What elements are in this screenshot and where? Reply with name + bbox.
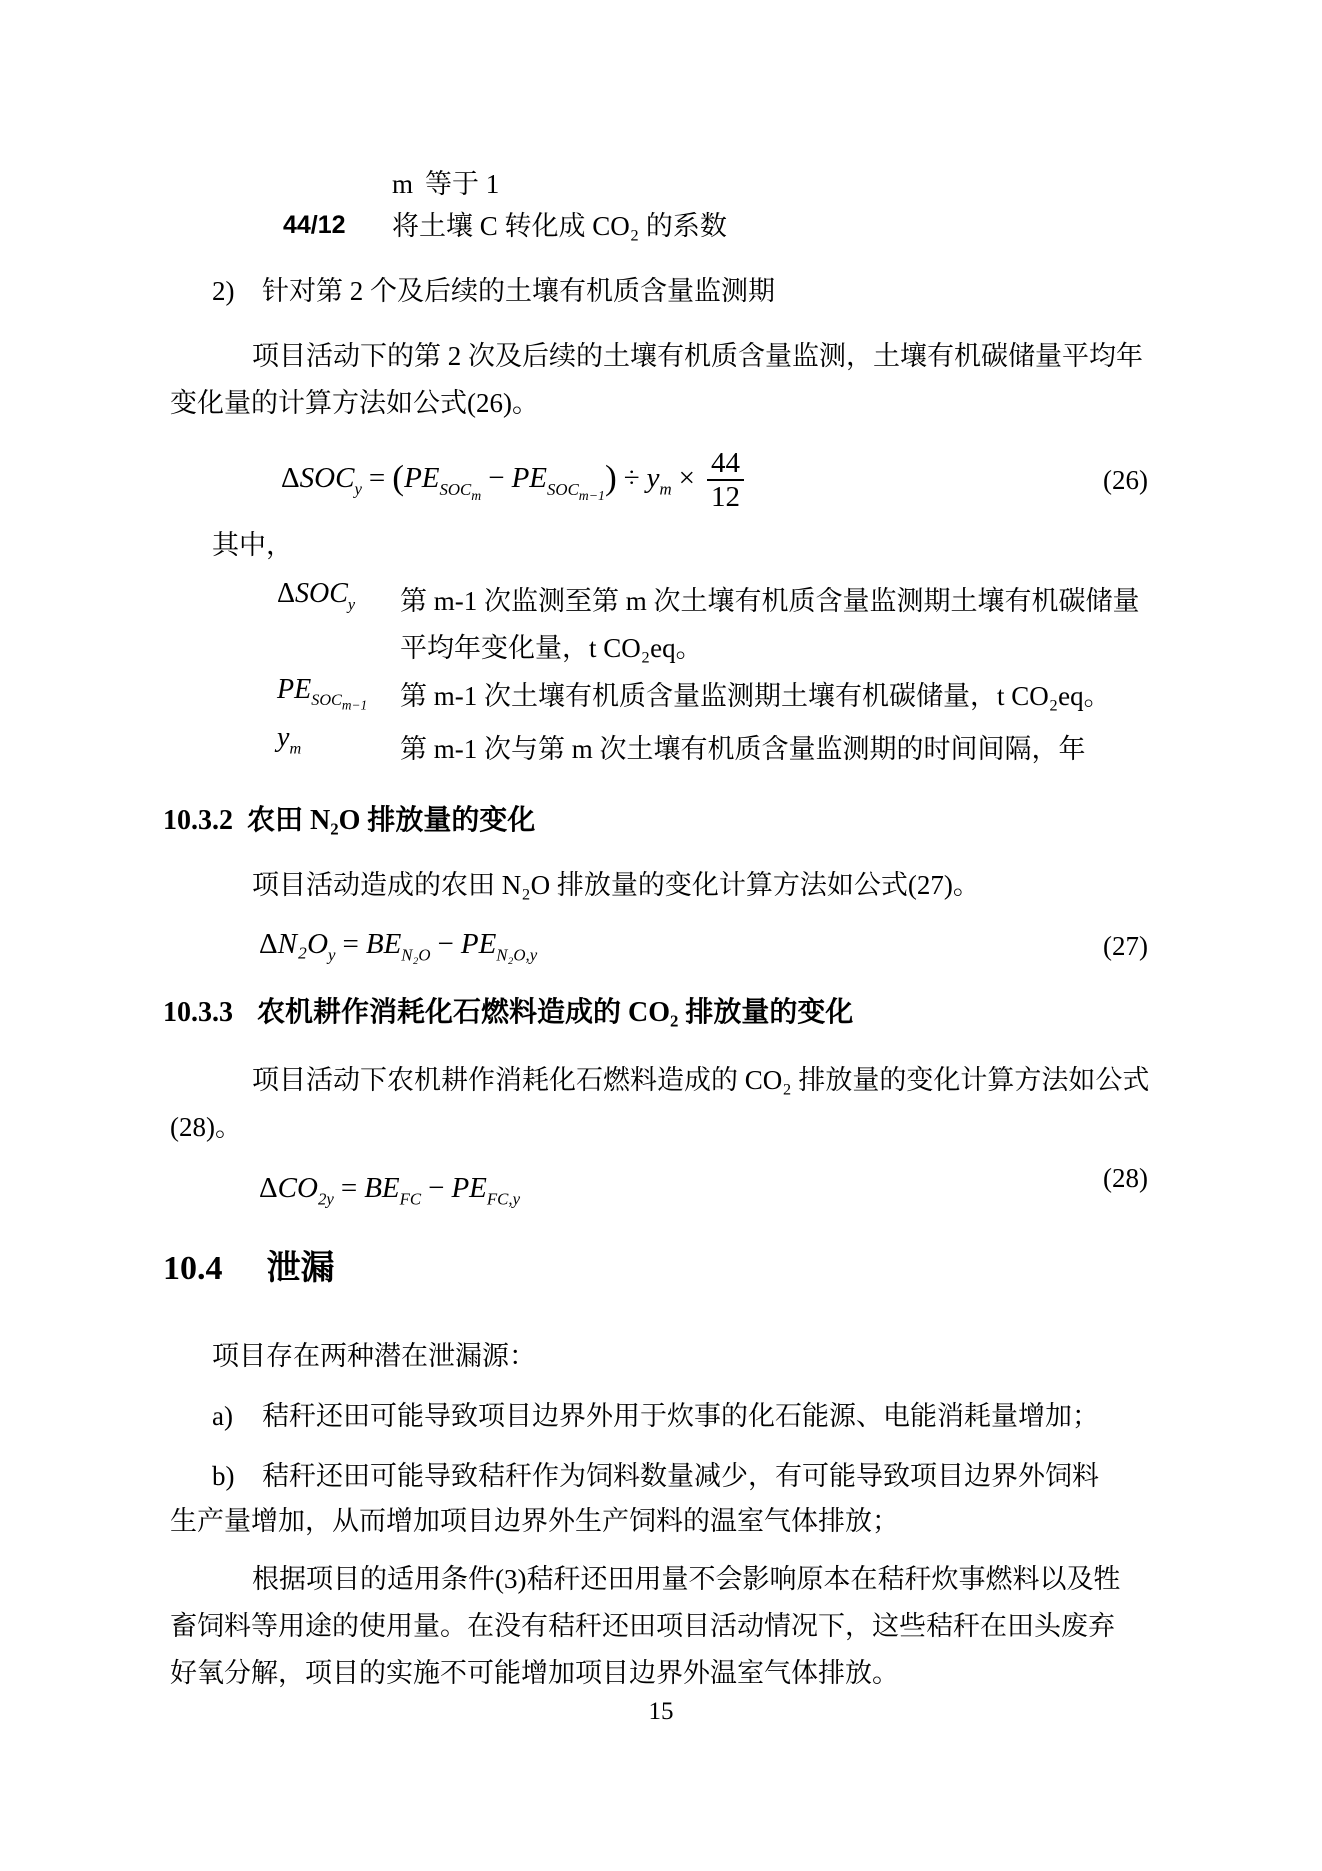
param-line-m: m等于 1 xyxy=(392,166,499,202)
eq26-term1-base: PE xyxy=(404,462,439,494)
def-ym-line1: 第 m-1 次与第 m 次土壤有机质含量监测期的时间间隔，年 xyxy=(400,731,1086,767)
def-soc-line1: 第 m-1 次监测至第 m 次土壤有机质含量监测期土壤有机碳储量 xyxy=(400,583,1140,619)
eq27-lhs-base: N₂O xyxy=(278,928,328,960)
param-ratio-def: 将土壤 C 转化成 CO₂ 的系数 xyxy=(392,208,727,244)
eq28-delta: Δ xyxy=(259,1172,278,1204)
list-item-2: 2)针对第 2 个及后续的土壤有机质含量监测期 xyxy=(212,273,775,309)
equation-27: ΔN₂Oy=BEN₂O−PEN₂O,y xyxy=(259,928,537,961)
eq27-lhs-sub: y xyxy=(328,946,335,965)
leakage-closing-line3: 好氧分解，项目的实施不可能增加项目边界外温室气体排放。 xyxy=(170,1655,899,1691)
eq27-delta: Δ xyxy=(259,928,278,960)
eq26-frac-numerator: 44 xyxy=(707,447,744,479)
page-number: 15 xyxy=(0,1698,1322,1726)
def-pe-line1: 第 m-1 次土壤有机质含量监测期土壤有机碳储量，t CO₂eq。 xyxy=(400,678,1111,714)
heading-10-4: 10.4泄漏 xyxy=(163,1240,335,1289)
eq26-term2-subsub: m−1 xyxy=(579,488,605,503)
def-soc-delta: Δ xyxy=(277,578,295,609)
def-pe-term: PESOCm−1 xyxy=(277,674,367,706)
eq28-term1-sub: FC xyxy=(400,1190,421,1209)
def-ym-term: ym xyxy=(277,722,301,754)
def-ym-sub: m xyxy=(289,739,301,757)
eq26-times: × xyxy=(672,462,702,494)
equation-28: ΔCO2y=BEFC−PEFC,y xyxy=(259,1172,520,1205)
eq26-term1-sub: SOC xyxy=(440,480,472,499)
eq26-minus: − xyxy=(481,462,511,494)
eq27-term2-base: PE xyxy=(461,928,496,960)
eq28-number: (28) xyxy=(1103,1160,1148,1196)
equation-26: ΔSOCy=(PESOCm−PESOCm−1)÷ym×4412 xyxy=(281,447,744,514)
heading-10-3-2: 10.3.2农田 N₂O 排放量的变化 xyxy=(163,798,535,838)
def-soc-line2: 平均年变化量，t CO₂eq。 xyxy=(400,630,703,666)
eq26-lhs-base: SOC xyxy=(300,462,355,494)
list-item-2-text: 针对第 2 个及后续的土壤有机质含量监测期 xyxy=(262,276,775,306)
param-ratio-term: 44/12 xyxy=(283,211,346,240)
eq27-number: (27) xyxy=(1103,928,1148,964)
document-page: m等于 1 44/12 将土壤 C 转化成 CO₂ 的系数 2)针对第 2 个及… xyxy=(0,0,1322,1871)
eq26-term2-sub: SOC xyxy=(547,480,579,499)
heading-10-4-number: 10.4 xyxy=(163,1250,223,1287)
param-m-def: 等于 1 xyxy=(425,169,499,199)
leakage-item-b-line2: 生产量增加，从而增加项目边界外生产饲料的温室气体排放； xyxy=(170,1503,899,1539)
eq26-term2-base: PE xyxy=(512,462,547,494)
eq27-term1-base: BE xyxy=(366,928,401,960)
para-28-line1: 项目活动下农机耕作消耗化石燃料造成的 CO₂ 排放量的变化计算方法如公式 xyxy=(252,1062,1149,1098)
leakage-closing-line2: 畜饲料等用途的使用量。在没有秸秆还田项目活动情况下，这些秸秆在田头废弃 xyxy=(170,1608,1115,1644)
leakage-item-b-line1: b)秸秆还田可能导致秸秆作为饲料数量减少，有可能导致项目边界外饲料 xyxy=(212,1458,1099,1494)
eq26-equals: = xyxy=(362,462,392,494)
eq27-term1-sub: N₂O xyxy=(401,946,430,965)
eq26-lhs-sub: y xyxy=(354,480,361,499)
heading-10-3-2-number: 10.3.2 xyxy=(163,805,233,836)
leakage-item-b-marker: b) xyxy=(212,1458,262,1494)
eq26-frac-denominator: 12 xyxy=(707,479,744,513)
def-pe-subsub: m−1 xyxy=(342,698,367,713)
eq28-term2-base: PE xyxy=(451,1172,486,1204)
eq26-y-base: y xyxy=(647,462,660,494)
def-ym-base: y xyxy=(277,722,289,753)
eq26-rparen: ) xyxy=(605,457,617,497)
eq26-delta: Δ xyxy=(281,462,300,494)
para-28-line2: (28)。 xyxy=(170,1109,242,1145)
para-26-line2: 变化量的计算方法如公式(26)。 xyxy=(170,385,539,421)
eq28-term2-sub: FC,y xyxy=(487,1190,520,1209)
eq27-term2-sub: N₂O,y xyxy=(496,946,537,965)
heading-10-3-3: 10.3.3农机耕作消耗化石燃料造成的 CO₂ 排放量的变化 xyxy=(163,990,853,1030)
eq26-divide: ÷ xyxy=(617,462,647,494)
eq28-equals: = xyxy=(334,1172,364,1204)
leakage-item-a-marker: a) xyxy=(212,1398,262,1434)
leakage-closing-line1: 根据项目的适用条件(3)秸秆还田用量不会影响原本在秸秆炊事燃料以及牲 xyxy=(252,1561,1120,1597)
def-soc-base: SOC xyxy=(295,578,348,609)
leakage-intro: 项目存在两种潜在泄漏源： xyxy=(212,1338,536,1374)
eq26-term1-subsub: m xyxy=(471,488,481,503)
leakage-item-b-text: 秸秆还田可能导致秸秆作为饲料数量减少，有可能导致项目边界外饲料 xyxy=(262,1461,1099,1491)
param-m-term: m xyxy=(392,169,413,199)
eq26-y-sub: m xyxy=(660,480,672,499)
eq26-fraction: 4412 xyxy=(707,447,744,514)
def-pe-sub: SOC xyxy=(311,691,342,709)
leakage-item-a: a)秸秆还田可能导致项目边界外用于炊事的化石能源、电能消耗量增加； xyxy=(212,1398,1099,1434)
heading-10-3-2-title: 农田 N₂O 排放量的变化 xyxy=(247,805,535,836)
eq28-lhs-base: CO xyxy=(278,1172,318,1204)
eq27-equals: = xyxy=(336,928,366,960)
def-soc-sub: y xyxy=(348,595,355,613)
heading-10-3-3-title: 农机耕作消耗化石燃料造成的 CO₂ 排放量的变化 xyxy=(257,997,853,1028)
where-label: 其中， xyxy=(212,527,293,563)
leakage-item-a-text: 秸秆还田可能导致项目边界外用于炊事的化石能源、电能消耗量增加； xyxy=(262,1401,1099,1431)
eq28-minus: − xyxy=(421,1172,451,1204)
eq28-term1-base: BE xyxy=(364,1172,399,1204)
heading-10-3-3-number: 10.3.3 xyxy=(163,997,233,1028)
para-27: 项目活动造成的农田 N₂O 排放量的变化计算方法如公式(27)。 xyxy=(252,867,980,903)
list-item-2-marker: 2) xyxy=(212,273,262,309)
heading-10-4-title: 泄漏 xyxy=(267,1250,335,1287)
eq26-lparen: ( xyxy=(392,457,404,497)
para-26-line1: 项目活动下的第 2 次及后续的土壤有机质含量监测，土壤有机碳储量平均年 xyxy=(252,338,1143,374)
def-soc-term: ΔSOCy xyxy=(277,578,355,610)
eq28-lhs-sub: 2y xyxy=(318,1190,334,1209)
eq27-minus: − xyxy=(431,928,461,960)
eq26-number: (26) xyxy=(1103,462,1148,498)
def-pe-base: PE xyxy=(277,674,311,705)
